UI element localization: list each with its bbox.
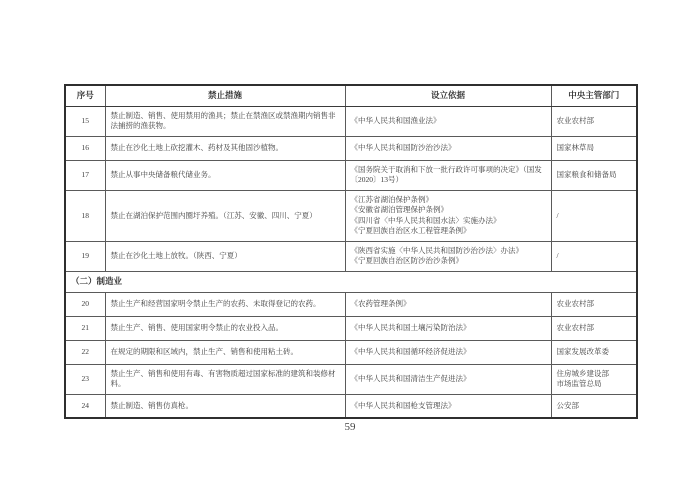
department-cell: 国家发展改革委 (551, 340, 637, 364)
department-cell: 农业农村部 (551, 316, 637, 340)
page-number: 59 (0, 421, 700, 433)
measure-cell: 禁止制造、销售、使用禁用的渔具；禁止在禁渔区或禁渔期内销售非法捕捞的渔获物。 (105, 106, 345, 136)
table-row: 15 禁止制造、销售、使用禁用的渔具；禁止在禁渔区或禁渔期内销售非法捕捞的渔获物… (65, 106, 637, 136)
table-row: 24 禁止制造、销售仿真枪。 《中华人民共和国枪支管理法》 公安部 (65, 394, 637, 418)
row-number-cell: 19 (65, 241, 105, 271)
measure-cell: 禁止在湖泊保护范围内圈圩养殖。（江苏、安徽、四川、宁夏） (105, 190, 345, 241)
department-line: 住房城乡建设部 (557, 369, 632, 380)
measure-cell: 禁止在沙化土地上放牧。（陕西、宁夏） (105, 241, 345, 271)
table-row: 20 禁止生产和经营国家明令禁止生产的农药、未取得登记的农药。 《农药管理条例》… (65, 292, 637, 316)
department-line: / (557, 211, 632, 222)
row-number-cell: 20 (65, 292, 105, 316)
table-row: 23 禁止生产、销售和使用有毒、有害物质超过国家标准的建筑和装修材料。 《中华人… (65, 364, 637, 394)
department-line: 农业农村部 (557, 116, 632, 127)
basis-cell: 《中华人民共和国清洁生产促进法》 (345, 364, 551, 394)
department-line: 公安部 (557, 401, 632, 412)
basis-line: 《中华人民共和国土壤污染防治法》 (351, 323, 546, 334)
basis-cell: 《农药管理条例》 (345, 292, 551, 316)
row-number-cell: 23 (65, 364, 105, 394)
basis-cell: 《中华人民共和国循环经济促进法》 (345, 340, 551, 364)
basis-line: 《中华人民共和国渔业法》 (351, 116, 546, 127)
department-cell: 国家粮食和储备局 (551, 160, 637, 190)
department-line: 市场监管总局 (557, 379, 632, 390)
basis-line: 《宁夏回族自治区水工程管理条例》 (351, 226, 546, 237)
department-cell: 农业农村部 (551, 106, 637, 136)
table-row: 18 禁止在湖泊保护范围内圈圩养殖。（江苏、安徽、四川、宁夏） 《江苏省湖泊保护… (65, 190, 637, 241)
table-row: 19 禁止在沙化土地上放牧。（陕西、宁夏） 《陕西省实施〈中华人民共和国防沙治沙… (65, 241, 637, 271)
table-header-row: 序号 禁止措施 设立依据 中央主管部门 (65, 85, 637, 106)
section-header-row: （二）制造业 (65, 271, 637, 292)
measure-cell: 在规定的期限和区域内，禁止生产、销售和使用粘土砖。 (105, 340, 345, 364)
basis-cell: 《中华人民共和国枪支管理法》 (345, 394, 551, 418)
department-line: 国家粮食和储备局 (557, 170, 632, 181)
department-cell: / (551, 241, 637, 271)
department-line: / (557, 251, 632, 262)
table-row: 17 禁止从事中央储备粮代储业务。 《国务院关于取消和下放一批行政许可事项的决定… (65, 160, 637, 190)
department-cell: 农业农村部 (551, 292, 637, 316)
basis-cell: 《中华人民共和国防沙治沙法》 (345, 136, 551, 160)
prohibition-measures-table: 序号 禁止措施 设立依据 中央主管部门 15 禁止制造、销售、使用禁用的渔具；禁… (64, 84, 638, 419)
row-number-cell: 24 (65, 394, 105, 418)
department-cell: / (551, 190, 637, 241)
basis-cell: 《中华人民共和国土壤污染防治法》 (345, 316, 551, 340)
basis-line: 《中华人民共和国循环经济促进法》 (351, 347, 546, 358)
basis-cell: 《江苏省湖泊保护条例》 《安徽省湖泊管理保护条例》 《四川省〈中华人民共和国水法… (345, 190, 551, 241)
column-header-measure: 禁止措施 (105, 85, 345, 106)
basis-line: 《农药管理条例》 (351, 299, 546, 310)
measure-cell: 禁止从事中央储备粮代储业务。 (105, 160, 345, 190)
row-number-cell: 21 (65, 316, 105, 340)
row-number-cell: 18 (65, 190, 105, 241)
basis-line: 《中华人民共和国清洁生产促进法》 (351, 374, 546, 385)
measure-cell: 禁止生产、销售、使用国家明令禁止的农业投入品。 (105, 316, 345, 340)
table-row: 21 禁止生产、销售、使用国家明令禁止的农业投入品。 《中华人民共和国土壤污染防… (65, 316, 637, 340)
table-row: 16 禁止在沙化土地上砍挖灌木、药材及其他固沙植物。 《中华人民共和国防沙治沙法… (65, 136, 637, 160)
basis-line: 《宁夏回族自治区防沙治沙条例》 (351, 256, 546, 267)
department-line: 国家发展改革委 (557, 347, 632, 358)
basis-cell: 《中华人民共和国渔业法》 (345, 106, 551, 136)
basis-line: 《中华人民共和国枪支管理法》 (351, 401, 546, 412)
basis-line: 《安徽省湖泊管理保护条例》 (351, 205, 546, 216)
measure-cell: 禁止在沙化土地上砍挖灌木、药材及其他固沙植物。 (105, 136, 345, 160)
measure-cell: 禁止生产、销售和使用有毒、有害物质超过国家标准的建筑和装修材料。 (105, 364, 345, 394)
basis-line: 《江苏省湖泊保护条例》 (351, 195, 546, 206)
department-cell: 住房城乡建设部 市场监管总局 (551, 364, 637, 394)
measure-cell: 禁止制造、销售仿真枪。 (105, 394, 345, 418)
column-header-basis: 设立依据 (345, 85, 551, 106)
department-cell: 国家林草局 (551, 136, 637, 160)
basis-line: 《国务院关于取消和下放一批行政许可事项的决定》（国发〔2020〕13号） (351, 165, 546, 186)
row-number-cell: 17 (65, 160, 105, 190)
column-header-department: 中央主管部门 (551, 85, 637, 106)
department-line: 农业农村部 (557, 323, 632, 334)
basis-cell: 《国务院关于取消和下放一批行政许可事项的决定》（国发〔2020〕13号） (345, 160, 551, 190)
department-line: 国家林草局 (557, 143, 632, 154)
row-number-cell: 22 (65, 340, 105, 364)
column-header-number: 序号 (65, 85, 105, 106)
basis-line: 《陕西省实施〈中华人民共和国防沙治沙法〉办法》 (351, 246, 546, 257)
basis-line: 《中华人民共和国防沙治沙法》 (351, 143, 546, 154)
row-number-cell: 16 (65, 136, 105, 160)
row-number-cell: 15 (65, 106, 105, 136)
basis-line: 《四川省〈中华人民共和国水法〉实施办法》 (351, 216, 546, 227)
department-line: 农业农村部 (557, 299, 632, 310)
measure-cell: 禁止生产和经营国家明令禁止生产的农药、未取得登记的农药。 (105, 292, 345, 316)
basis-cell: 《陕西省实施〈中华人民共和国防沙治沙法〉办法》 《宁夏回族自治区防沙治沙条例》 (345, 241, 551, 271)
section-header-manufacturing: （二）制造业 (65, 271, 637, 292)
table-row: 22 在规定的期限和区域内，禁止生产、销售和使用粘土砖。 《中华人民共和国循环经… (65, 340, 637, 364)
department-cell: 公安部 (551, 394, 637, 418)
